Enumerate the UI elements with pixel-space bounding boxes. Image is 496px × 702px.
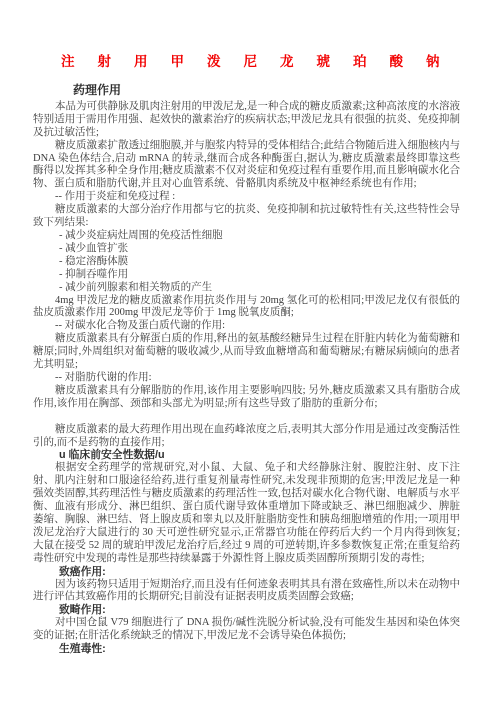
paragraph: 因为该药物只适用于短期治疗,而且没有任何迹象表明其具有潜在致癌性,所以未在动物中… [33,579,460,605]
sub-heading: 致畸作用: [33,604,460,617]
paragraph: 本品为可供静脉及肌肉注射用的甲泼尼龙,是一种合成的糖皮质激素;这种高浓度的水溶液… [33,101,460,140]
dash-subitem: -- 对碳水化合物及蛋白质代谢的作用: [33,320,460,333]
paragraph: 糖皮质激素具有分解蛋白质的作用,释出的氨基酸经糖异生过程在肝脏内转化为葡萄糖和糖… [33,333,460,372]
paragraph: 糖皮质激素的大部分治疗作用都与它的抗炎、免疫抑制和抗过敏特性有关,这些特性会导致… [33,204,460,230]
paragraph: 对中国仓鼠 V79 细胞进行了 DNA 损伤/碱性洗脱分析试验,没有可能发生基因… [33,617,460,643]
document-body: 药理作用本品为可供静脉及肌肉注射用的甲泼尼龙,是一种合成的糖皮质激素;这种高浓度… [33,84,460,656]
paragraph: 糖皮质激素的最大药理作用出现在血药峰浓度之后,表明其大部分作用是通过改变酶活性引… [33,424,460,450]
list-item: - 减少血管扩张 [33,243,460,256]
spacer [33,411,460,424]
list-item: - 稳定溶酶体膜 [33,256,460,269]
list-item: - 抑制吞噬作用 [33,269,460,282]
dash-subitem: -- 作用于炎症和免疫过程 : [33,191,460,204]
section-heading: 药理作用 [33,84,460,97]
sub-heading: u 临床前安全性数据/u [33,449,460,462]
document-title: 注射用甲泼尼龙琥珀酸钠 [33,50,460,70]
document-page: 注射用甲泼尼龙琥珀酸钠 药理作用本品为可供静脉及肌肉注射用的甲泼尼龙,是一种合成… [0,0,496,702]
paragraph: 根据安全药理学的常规研究,对小鼠、大鼠、兔子和犬经静脉注射、腹腔注射、皮下注射、… [33,462,460,565]
paragraph: 4mg 甲泼尼龙的糖皮质激素作用抗炎作用与 20mg 氢化可的松相同;甲泼尼龙仅… [33,295,460,321]
list-item: - 减少炎症病灶周围的免疫活性细胞 [33,230,460,243]
list-item: - 减少前列腺素和相关物质的产生 [33,282,460,295]
paragraph: 糖皮质激素扩散透过细胞膜,并与胞浆内特异的受体相结合;此结合物随后进入细胞核内与… [33,140,460,192]
dash-subitem: -- 对脂肪代谢的作用: [33,372,460,385]
sub-heading: 生殖毒性: [33,643,460,656]
sub-heading: 致癌作用: [33,566,460,579]
paragraph: 糖皮质激素具有分解脂肪的作用,该作用主要影响四肢; 另外,糖皮质激素又具有脂肪合… [33,385,460,411]
